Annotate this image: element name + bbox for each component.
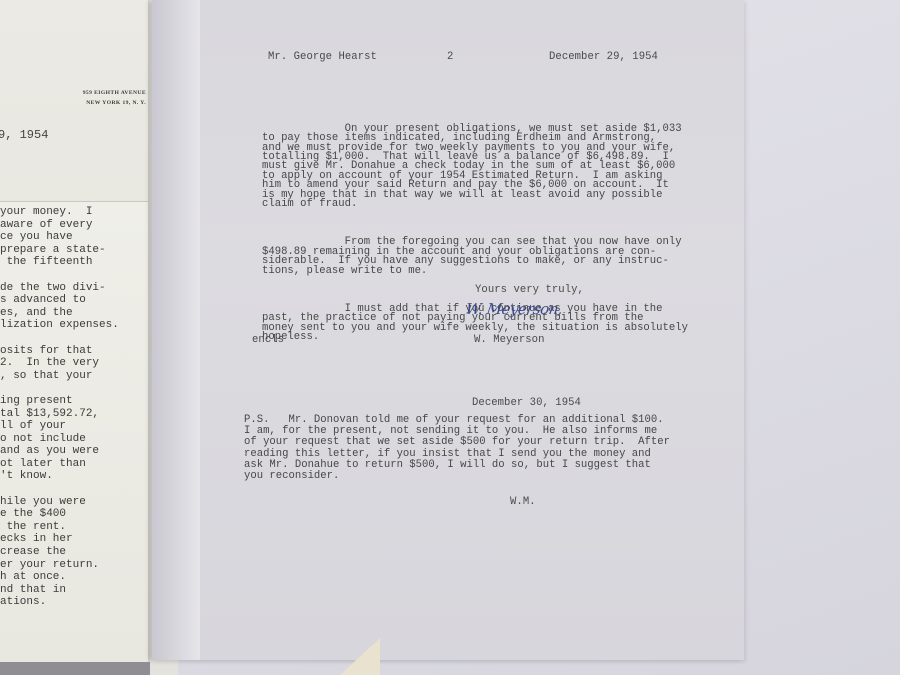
left-letter-line	[0, 483, 119, 496]
left-letter-line: e the $400	[0, 508, 119, 521]
postscript-date: December 30, 1954	[472, 397, 581, 409]
left-letter-line: es, and the	[0, 307, 119, 320]
signer-name: W. Meyerson	[474, 334, 544, 346]
left-letter-line: h at once.	[0, 571, 119, 584]
torn-paper-corner	[322, 638, 380, 675]
left-letter-line: ce you have	[0, 231, 119, 244]
left-letter-line	[0, 332, 119, 345]
paragraph-obligations: On your present obligations, we must set…	[262, 125, 688, 210]
left-letter-date: 9, 1954	[0, 128, 48, 142]
left-letter-page-1: 959 EIGHTH AVENUE NEW YORK 19, N. Y. 9, …	[0, 0, 148, 662]
closing-salutation: Yours very truly,	[475, 284, 584, 296]
left-letter-line: , so that your	[0, 370, 119, 383]
left-letter-line: prepare a state-	[0, 244, 119, 257]
left-letter-line: tal $13,592.72,	[0, 408, 119, 421]
handwritten-signature: W. Meyerson,	[465, 300, 564, 318]
left-letter-line: aware of every	[0, 219, 119, 232]
left-letter-line: ing present	[0, 395, 119, 408]
left-letter-line: ot later than	[0, 458, 119, 471]
left-letter-body: your money. Iaware of everyce you havepr…	[0, 206, 119, 609]
header-page-number: 2	[447, 51, 453, 63]
enclosure-note: encls	[252, 334, 284, 346]
letterhead-address: 959 EIGHTH AVENUE NEW YORK 19, N. Y.	[56, 88, 146, 108]
letterhead-line: NEW YORK 19, N. Y.	[56, 98, 146, 108]
table-shadow	[0, 662, 150, 675]
left-letter-line: ations.	[0, 596, 119, 609]
left-letter-line: s advanced to	[0, 294, 119, 307]
left-letter-line: osits for that	[0, 345, 119, 358]
left-letter-line: and as you were	[0, 445, 119, 458]
left-letter-line: o not include	[0, 433, 119, 446]
left-letter-line: ecks in her	[0, 533, 119, 546]
left-letter-line	[0, 382, 119, 395]
left-letter-line: 2. In the very	[0, 357, 119, 370]
left-letter-line: your money. I	[0, 206, 119, 219]
left-letter-line: lization expenses.	[0, 319, 119, 332]
left-letter-line: ll of your	[0, 420, 119, 433]
header-date: December 29, 1954	[549, 51, 658, 63]
left-letter-line: de the two divi-	[0, 282, 119, 295]
left-letter-line: nd that in	[0, 584, 119, 597]
postscript-text: P.S. Mr. Donovan told me of your request…	[244, 415, 670, 482]
postscript-initials: W.M.	[510, 496, 536, 508]
letterhead-line: 959 EIGHTH AVENUE	[56, 88, 146, 98]
left-letter-line: 't know.	[0, 470, 119, 483]
left-letter-folded-section: your money. Iaware of everyce you havepr…	[0, 201, 148, 662]
left-letter-line: er your return.	[0, 559, 119, 572]
left-letter-line: the fifteenth	[0, 256, 119, 269]
left-letter-line	[0, 269, 119, 282]
letter-body: On your present obligations, we must set…	[262, 106, 688, 362]
paragraph-remaining-balance: From the foregoing you can see that you …	[262, 238, 688, 276]
header-recipient: Mr. George Hearst	[268, 51, 377, 63]
left-letter-line: crease the	[0, 546, 119, 559]
left-letter-line: hile you were	[0, 496, 119, 509]
left-letter-line: the rent.	[0, 521, 119, 534]
